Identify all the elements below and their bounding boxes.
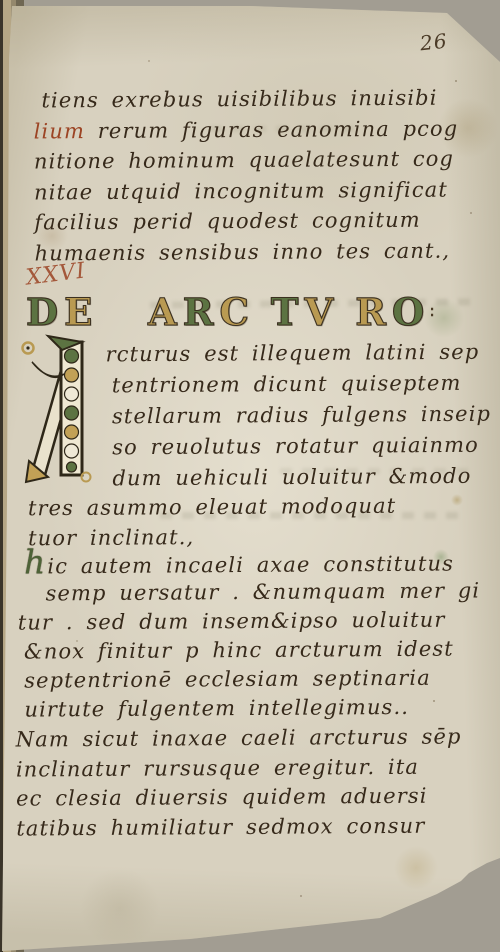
manuscript-line: semp uersatur . &numquam mer gi bbox=[23, 576, 480, 608]
manuscript-line: tres asummo eleuat modoquat bbox=[28, 491, 397, 524]
illuminated-initial-a bbox=[20, 334, 110, 492]
chapter-text-continuation: tres asummo eleuat modoquattuor inclinat… bbox=[28, 491, 397, 554]
display-capital: C bbox=[219, 290, 254, 334]
section2-text-block: semp uersatur . &numquam mer gitur . sed… bbox=[23, 576, 481, 724]
green-initial-h: h bbox=[24, 542, 47, 581]
manuscript-line: septentrionē ecclesiam septinaria bbox=[24, 663, 481, 695]
manuscript-line: tatibus humiliatur sedmox consur bbox=[16, 811, 462, 844]
manuscript-line: ec clesia diuersis quidem aduersi bbox=[16, 781, 462, 814]
display-capital: ∶ bbox=[430, 303, 435, 321]
display-capital: O bbox=[392, 290, 430, 334]
manuscript-line: lium rerum figuras eanomina pcog bbox=[34, 113, 459, 146]
chapter-heading: DE ARC TV RO∶ bbox=[0, 290, 500, 338]
display-capital: E bbox=[64, 290, 98, 334]
section3-text-block: Nam sicut inaxae caeli arcturus sēpincli… bbox=[16, 722, 463, 843]
manuscript-line: uirtute fulgentem intellegimus.. bbox=[24, 692, 481, 724]
manuscript-line: &nox finitur p hinc arcturum idest bbox=[24, 634, 481, 666]
section2-first-line-text: ic autem incaeli axae constitutus bbox=[47, 551, 454, 578]
display-capital: D bbox=[26, 290, 64, 334]
manuscript-line: nitione hominum quaelatesunt cog bbox=[34, 144, 459, 177]
manuscript-photograph: 26 tiens exrebus uisibilibus inuisibiliu… bbox=[0, 0, 500, 952]
manuscript-line: tiens exrebus uisibilibus inuisibi bbox=[33, 83, 458, 116]
manuscript-line: facilius perid quodest cognitum bbox=[34, 205, 459, 238]
heading-title-arcturo: ARC TV RO∶ bbox=[148, 290, 435, 334]
manuscript-line: dum uehiculi uoluitur &modo bbox=[112, 461, 491, 495]
display-capital: R bbox=[183, 290, 220, 334]
manuscript-line: humaenis sensibus inno tes cant., bbox=[34, 235, 459, 268]
manuscript-line: rcturus est illequem latini sep bbox=[105, 337, 490, 371]
heading-prefix-de: DE bbox=[26, 290, 98, 334]
manuscript-line: stellarum radius fulgens inseip bbox=[112, 399, 491, 433]
parchment-page: 26 tiens exrebus uisibilibus inuisibiliu… bbox=[0, 0, 500, 952]
intro-text-block: tiens exrebus uisibilibus inuisibilium r… bbox=[33, 83, 459, 269]
manuscript-line: Nam sicut inaxae caeli arcturus sēp bbox=[16, 722, 462, 755]
manuscript-line: inclinatur rursusque eregitur. ita bbox=[16, 752, 462, 785]
manuscript-line: so reuolutus rotatur quiainmo bbox=[112, 430, 491, 464]
manuscript-line: tur . sed dum insem&ipso uoluitur bbox=[18, 605, 481, 637]
display-capital: T bbox=[271, 290, 305, 334]
folio-number: 26 bbox=[419, 29, 449, 56]
manuscript-line: nitae utquid incognitum significat bbox=[34, 174, 459, 207]
display-capital: V bbox=[304, 290, 339, 334]
display-capital: A bbox=[148, 290, 183, 334]
manuscript-line: tentrionem dicunt quiseptem bbox=[112, 368, 491, 402]
display-capital: R bbox=[355, 290, 392, 334]
chapter-text-indented: rcturus est illequem latini septentrione… bbox=[111, 337, 491, 495]
